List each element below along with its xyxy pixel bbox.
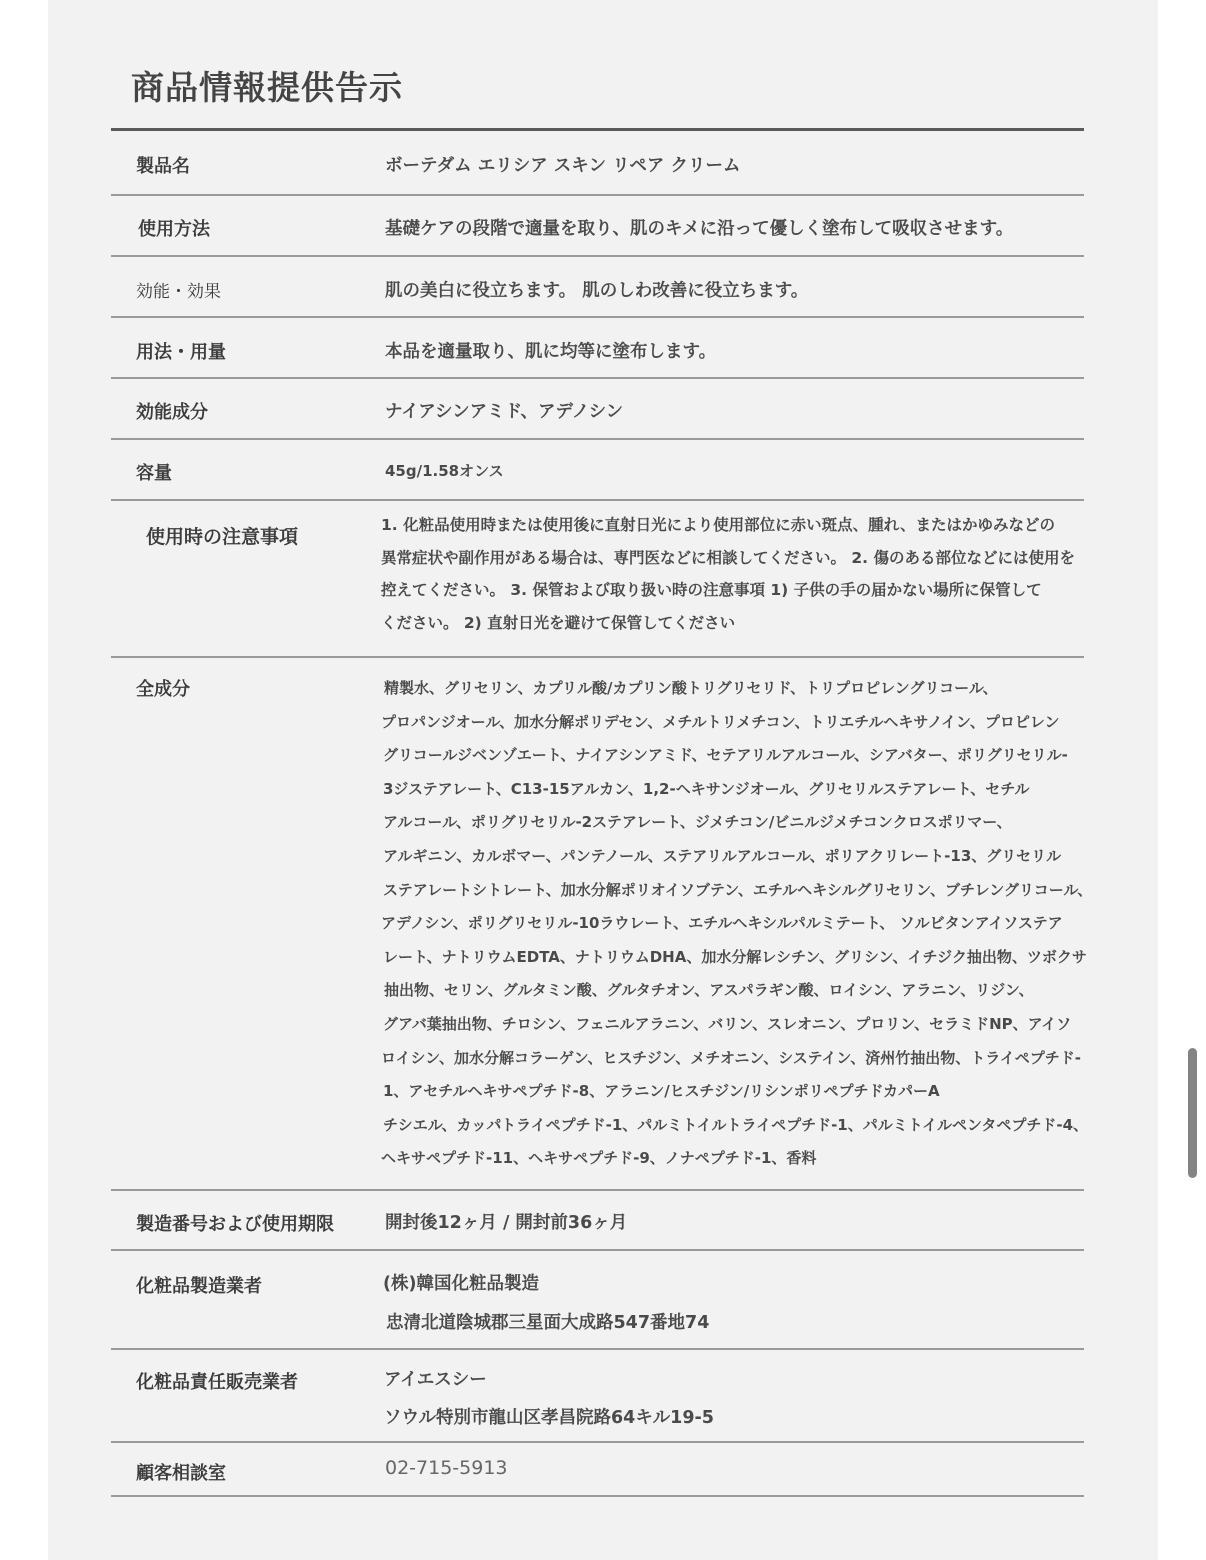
row-label: 化粧品製造業者 — [136, 1272, 262, 1298]
table-row-product-name: 製品名 ボーテダム エリシア スキン リペア クリーム — [111, 131, 1084, 196]
table-row-dosage: 用法・用量 本品を適量取り、肌に均等に塗布します。 — [111, 318, 1084, 379]
customer-phone[interactable]: 02-715-5913 — [385, 1457, 508, 1479]
row-value: (株)韓国化粧品製造 忠清北道陰城郡三星面大成路547番地74 — [383, 1270, 709, 1334]
ingredient-line: 精製水、グリセリン、カプリル酸/カプリン酸トリグリセリド、トリプロピレングリコー… — [381, 672, 1111, 706]
table-row-usage-method: 使用方法 基礎ケアの段階で適量を取り、肌のキメに沿って優しく塗布して吸収させます… — [111, 196, 1084, 257]
row-value: ナイアシンアミド、アデノシン — [385, 398, 623, 423]
table-row-efficacy: 効能・効果 肌の美白に役立ちます。 肌のしわ改善に役立ちます。 — [111, 257, 1084, 318]
row-value: 本品を適量取り、肌に均等に塗布します。 — [385, 338, 716, 363]
ingredient-line: アルギニン、カルボマー、パンテノール、ステアリルアルコール、ポリアクリレート-1… — [381, 840, 1111, 874]
row-label: 使用方法 — [138, 215, 210, 241]
row-label: 製品名 — [136, 152, 190, 178]
row-label: 効能・効果 — [136, 277, 221, 302]
row-label: 使用時の注意事項 — [146, 522, 298, 549]
ingredient-line: 抽出物、セリン、グルタミン酸、グルタチオン、アスパラギン酸、ロイシン、アラニン、… — [381, 974, 1111, 1008]
row-label: 製造番号および使用期限 — [136, 1210, 334, 1236]
manufacturer-name: (株)韓国化粧品製造 — [383, 1270, 709, 1295]
row-value: ボーテダム エリシア スキン リペア クリーム — [385, 152, 740, 177]
row-value: 肌の美白に役立ちます。 肌のしわ改善に役立ちます。 — [385, 277, 808, 302]
ingredient-line: チシエル、カッパトライペプチド-1、パルミトイルトライペプチド-1、パルミトイル… — [381, 1109, 1111, 1143]
table-row-full-ingredients: 全成分 精製水、グリセリン、カプリル酸/カプリン酸トリグリセリド、トリプロピレン… — [111, 658, 1084, 1191]
seller-address: ソウル特別市龍山区孝昌院路64キル19-5 — [384, 1404, 714, 1429]
row-value: 開封後12ヶ月 / 開封前36ヶ月 — [385, 1209, 627, 1234]
table-row-manufacturer: 化粧品製造業者 (株)韓国化粧品製造 忠清北道陰城郡三星面大成路547番地74 — [111, 1251, 1084, 1350]
ingredient-line: グリコールジベンゾエート、ナイアシンアミド、セテアリルアルコール、シアバター、ポ… — [381, 739, 1111, 773]
table-row-volume: 容量 45g/1.58オンス — [111, 440, 1084, 501]
page-title: 商品情報提供告示 — [131, 62, 403, 109]
row-label: 用法・用量 — [136, 338, 226, 364]
precaution-line: 1. 化粧品使用時または使用後に直射日光により使用部位に赤い斑点、腫れ、またはか… — [381, 509, 1101, 542]
row-value: 45g/1.58オンス — [385, 460, 504, 481]
table-row-customer-service: 顧客相談室 02-715-5913 — [111, 1443, 1084, 1497]
ingredient-line: アルコール、ポリグリセリル-2ステアレート、ジメチコン/ビニルジメチコンクロスポ… — [381, 806, 1111, 840]
row-divider — [111, 1495, 1084, 1497]
table-row-expiry: 製造番号および使用期限 開封後12ヶ月 / 開封前36ヶ月 — [111, 1191, 1084, 1251]
row-value: 基礎ケアの段階で適量を取り、肌のキメに沿って優しく塗布して吸収させます。 — [385, 215, 1013, 240]
seller-name: アイエスシー — [384, 1366, 714, 1391]
ingredient-line: 1、アセチルヘキサペプチド-8、アラニン/ヒスチジン/リシンポリペプチドカパーA — [381, 1075, 1111, 1109]
ingredient-line: レート、ナトリウムEDTA、ナトリウムDHA、加水分解レシチン、グリシン、イチジ… — [381, 941, 1111, 975]
row-label: 顧客相談室 — [136, 1459, 226, 1485]
row-label: 容量 — [136, 459, 172, 485]
ingredient-line: ヘキサペプチド-11、ヘキサペプチド-9、ノナペプチド-1、香料 — [381, 1142, 1111, 1176]
ingredient-line: ロイシン、加水分解コラーゲン、ヒスチジン、メチオニン、システイン、済州竹抽出物、… — [381, 1042, 1111, 1076]
manufacturer-address: 忠清北道陰城郡三星面大成路547番地74 — [383, 1309, 709, 1334]
table-row-active-ingredients: 効能成分 ナイアシンアミド、アデノシン — [111, 379, 1084, 440]
ingredient-line: ステアレートシトレート、加水分解ポリオイソブテン、エチルヘキシルグリセリン、ブチ… — [381, 874, 1111, 908]
table-row-precautions: 使用時の注意事項 1. 化粧品使用時または使用後に直射日光により使用部位に赤い斑… — [111, 501, 1084, 658]
precaution-line: 控えてください。 3. 保管および取り扱い時の注意事項 1) 子供の手の届かない… — [381, 574, 1101, 607]
row-label: 効能成分 — [136, 398, 208, 424]
ingredient-line: アデノシン、ポリグリセリル-10ラウレート、エチルヘキシルパルミテート、 ソルビ… — [381, 907, 1111, 941]
table-row-seller: 化粧品責任販売業者 アイエスシー ソウル特別市龍山区孝昌院路64キル19-5 — [111, 1350, 1084, 1443]
scrollbar-thumb[interactable] — [1188, 1048, 1197, 1178]
ingredient-line: プロパンジオール、加水分解ポリデセン、メチルトリメチコン、トリエチルヘキサノイン… — [381, 706, 1111, 740]
row-label: 全成分 — [136, 675, 190, 701]
row-label: 化粧品責任販売業者 — [136, 1368, 298, 1394]
ingredients-list: 精製水、グリセリン、カプリル酸/カプリン酸トリグリセリド、トリプロピレングリコー… — [381, 672, 1111, 1176]
row-value: 1. 化粧品使用時または使用後に直射日光により使用部位に赤い斑点、腫れ、またはか… — [381, 509, 1101, 639]
ingredient-line: 3ジステアレート、C13-15アルカン、1,2-ヘキサンジオール、グリセリルステ… — [381, 773, 1111, 807]
ingredient-line: グアバ葉抽出物、チロシン、フェニルアラニン、バリン、スレオニン、プロリン、セラミ… — [381, 1008, 1111, 1042]
row-value: アイエスシー ソウル特別市龍山区孝昌院路64キル19-5 — [384, 1366, 714, 1429]
precaution-line: 異常症状や副作用がある場合は、専門医などに相談してください。 2. 傷のある部位… — [381, 542, 1101, 575]
precaution-line: ください。 2) 直射日光を避けて保管してください — [381, 607, 1101, 640]
